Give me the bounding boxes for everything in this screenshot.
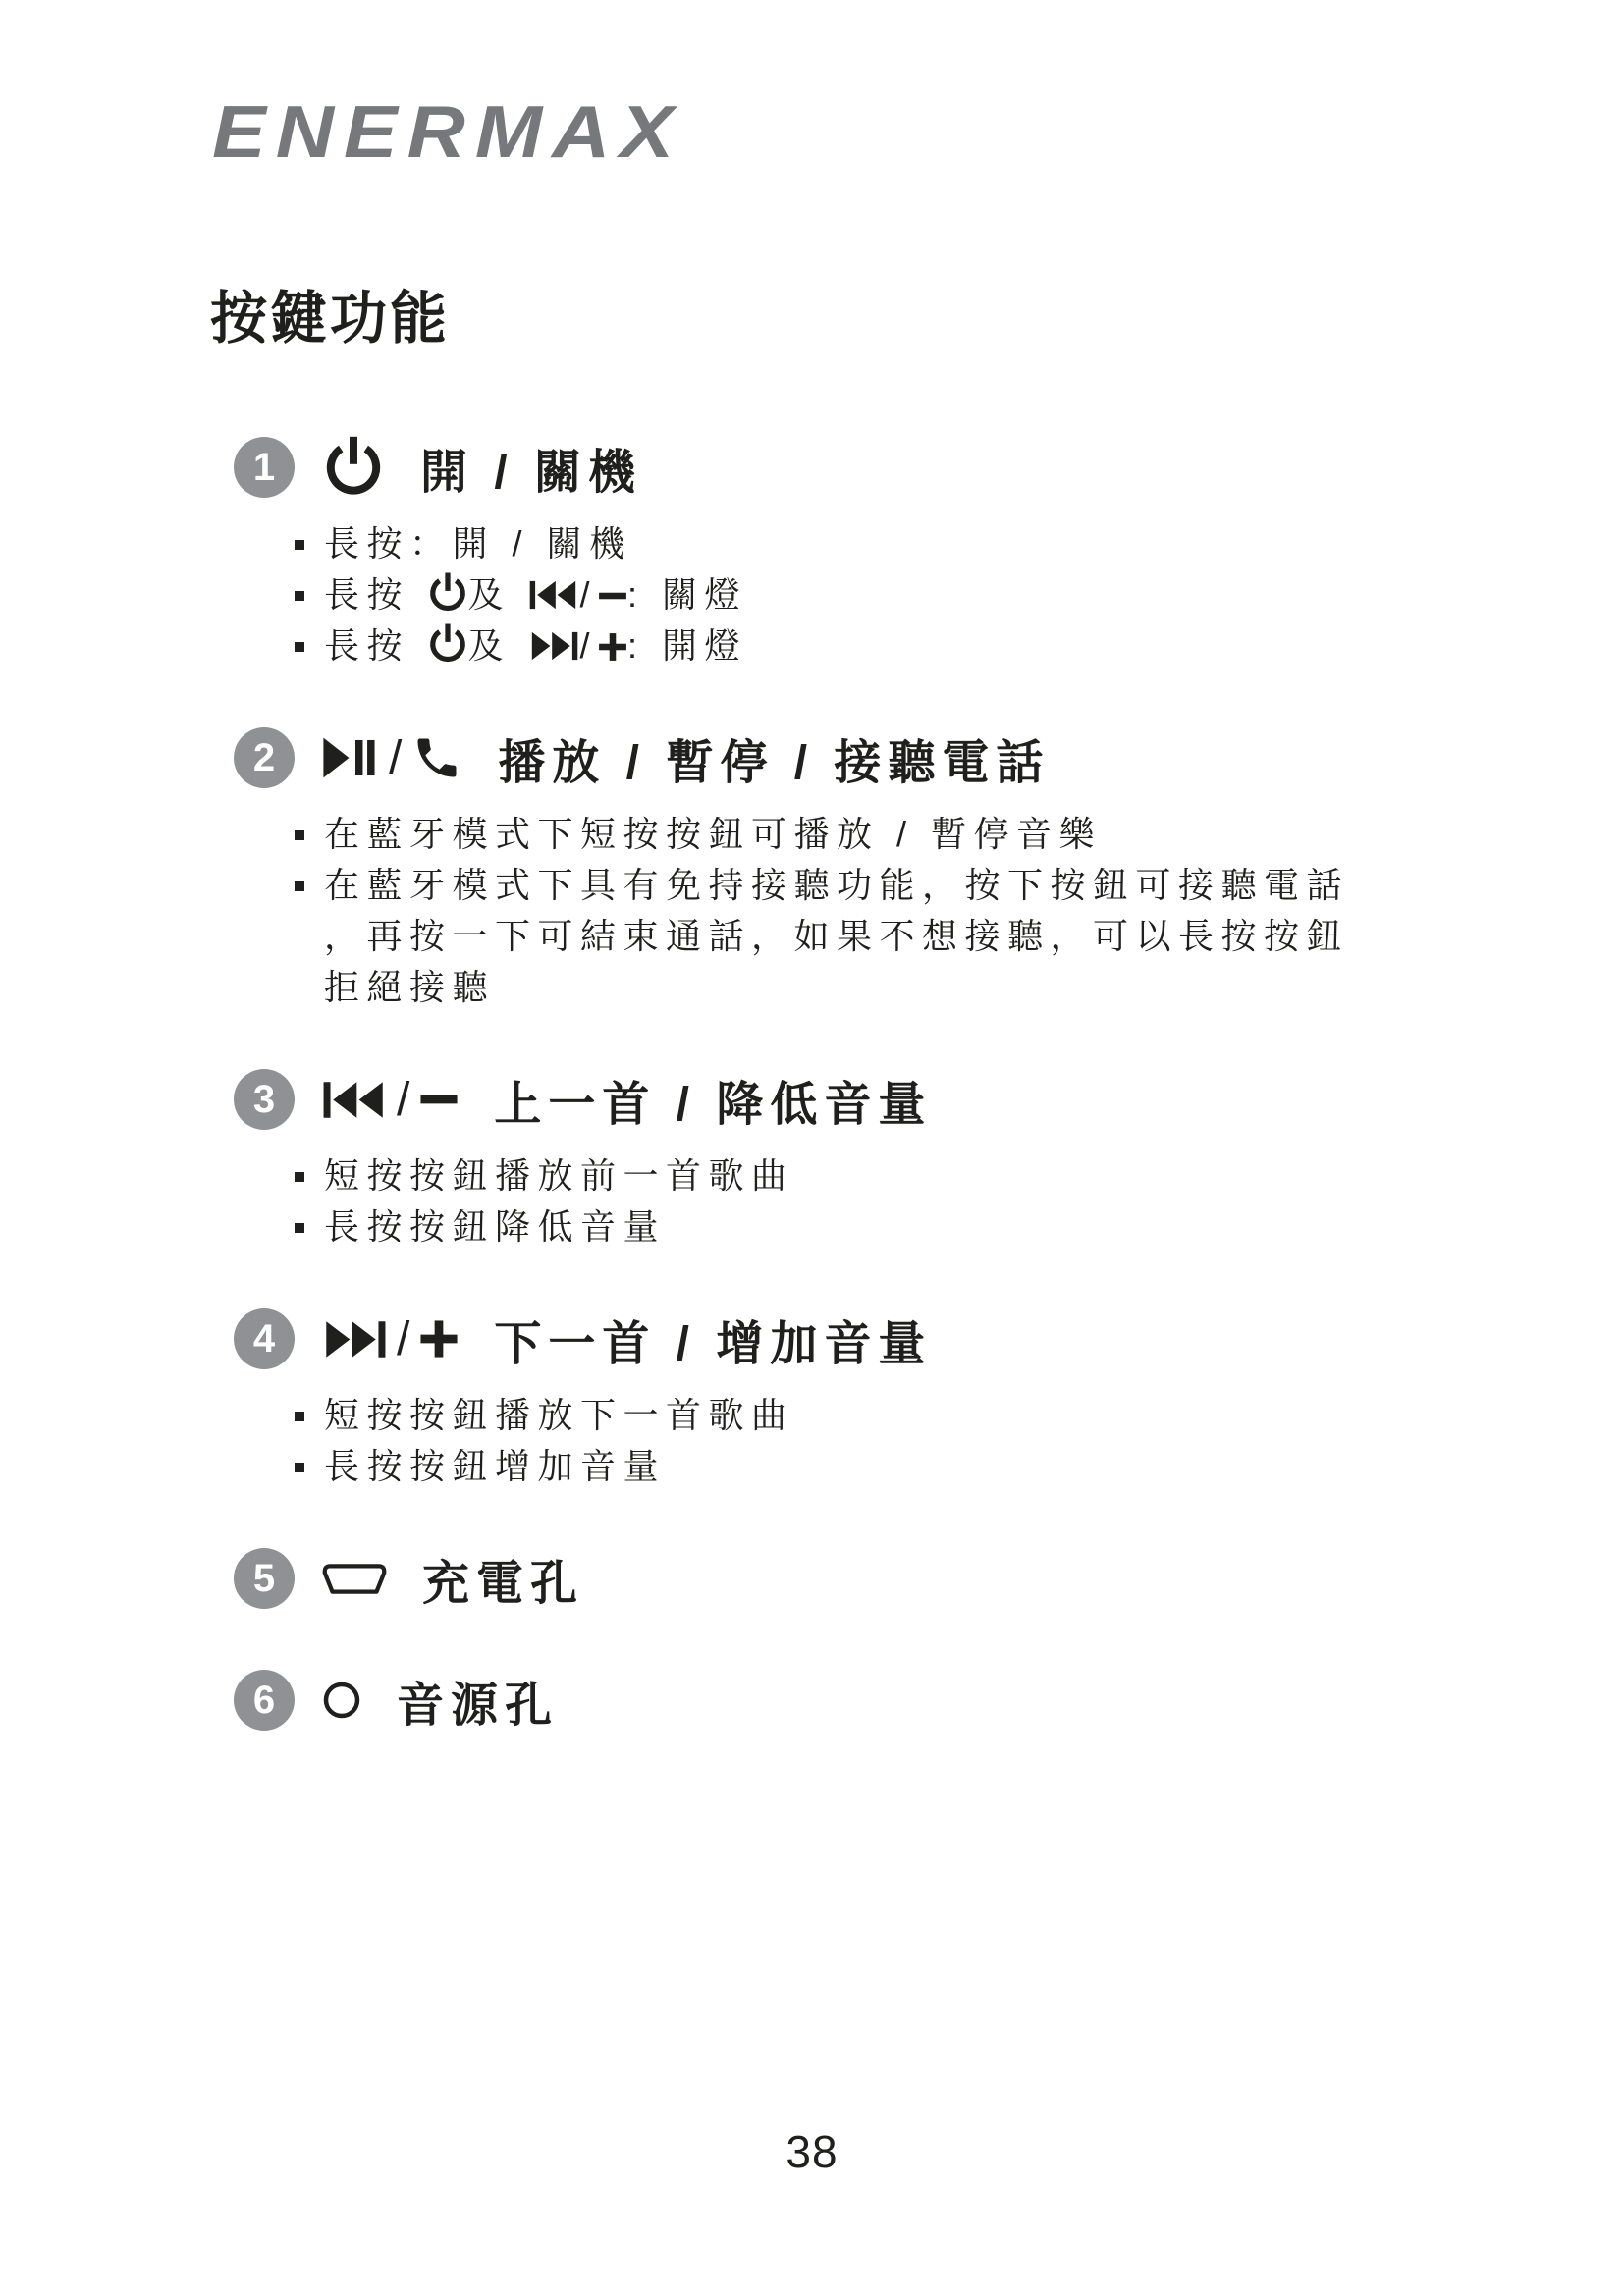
phone-handset-icon	[411, 732, 462, 783]
item-audio-jack: 6 音源孔	[234, 1665, 1441, 1735]
play-pause-icon	[322, 735, 379, 780]
power-icon	[322, 436, 385, 499]
bullet-line: 長按 及 /: 關燈	[295, 569, 1441, 620]
item-bullets: 長按：開 / 關機長按 及 /: 關燈長按 及 /: 開燈	[234, 518, 1441, 671]
bullet-text: 在藍牙模式下具有免持接聽功能，按下按鈕可接聽電話，再按一下可結束通話，如果不想接…	[324, 860, 1368, 1013]
item-icon-group: /	[322, 1073, 459, 1127]
plus-icon	[598, 632, 627, 662]
bullet-dot	[295, 1412, 304, 1421]
item-heading-row: 6 音源孔	[234, 1665, 1441, 1735]
text-segment: 長按	[324, 625, 427, 666]
bullet-dot	[295, 830, 304, 840]
item-icon-group: /	[322, 731, 462, 785]
bullet-dot	[295, 540, 304, 550]
item-number-badge: 2	[234, 727, 295, 788]
bullet-dot	[295, 1223, 304, 1233]
item-heading: 下一首 / 增加音量	[494, 1306, 932, 1373]
slash-separator: /	[579, 574, 599, 614]
slash-separator: /	[393, 1073, 413, 1127]
bullet-line: 長按按鈕增加音量	[295, 1441, 1441, 1492]
text-segment: 長按按鈕降低音量	[324, 1206, 666, 1247]
item-heading: 開 / 關機	[420, 434, 642, 502]
bullet-dot	[295, 591, 304, 601]
bullet-line: 在藍牙模式下具有免持接聽功能，按下按鈕可接聽電話，再按一下可結束通話，如果不想接…	[295, 860, 1441, 1013]
bullet-dot	[295, 881, 304, 891]
text-segment: 長按按鈕增加音量	[324, 1446, 666, 1486]
next-track-icon	[528, 631, 579, 661]
item-heading: 充電孔	[422, 1545, 584, 1613]
manual-page: ENERMAX 按鍵功能 1 開 / 關機 長按：開 / 關機長按 及 /: 關…	[0, 0, 1624, 2296]
bullet-text: 長按按鈕降低音量	[324, 1201, 666, 1253]
minus-icon	[419, 1080, 459, 1119]
plus-icon	[419, 1319, 459, 1359]
item-bullets: 在藍牙模式下短按按鈕可播放 / 暫停音樂在藍牙模式下具有免持接聽功能，按下按鈕可…	[234, 809, 1441, 1013]
bullet-text: 長按 及 /: 開燈	[324, 620, 747, 671]
item-next-volume-up: 4 / 下一首 / 增加音量 短按按鈕播放下一首歌曲長按按鈕增加音量	[234, 1304, 1441, 1492]
item-number-badge: 4	[234, 1308, 295, 1369]
item-heading-row: 5 充電孔	[234, 1543, 1441, 1614]
text-segment: 長按	[324, 574, 427, 614]
bullet-line: 長按：開 / 關機	[295, 518, 1441, 569]
bullet-text: 長按：開 / 關機	[324, 518, 632, 569]
text-segment: 在藍牙模式下具有免持接聽功能，按下按鈕可接聽電話，再按一下可結束通話，如果不想接…	[324, 865, 1349, 1007]
item-bullets: 短按按鈕播放前一首歌曲長按按鈕降低音量	[234, 1150, 1441, 1253]
bullet-line: 短按按鈕播放前一首歌曲	[295, 1150, 1441, 1201]
item-icon-group	[322, 436, 385, 499]
text-segment: 長按：開 / 關機	[324, 523, 632, 563]
bullet-dot	[295, 1172, 304, 1182]
text-segment: : 關燈	[627, 574, 747, 614]
bullet-text: 長按 及 /: 關燈	[324, 569, 747, 620]
item-icon-group	[322, 1564, 387, 1594]
item-charging-port: 5 充電孔	[234, 1543, 1441, 1614]
item-play-pause-phone: 2 / 播放 / 暫停 / 接聽電話 在藍牙模式下短按按鈕可播放 / 暫停音樂在…	[234, 722, 1441, 1013]
item-number-badge: 1	[234, 437, 295, 498]
item-heading-row: 3 / 上一首 / 降低音量	[234, 1064, 1441, 1135]
button-functions-list: 1 開 / 關機 長按：開 / 關機長按 及 /: 關燈長按 及 /: 開燈 2…	[234, 432, 1441, 1751]
page-number: 38	[0, 2125, 1624, 2178]
item-heading-row: 1 開 / 關機	[234, 432, 1441, 503]
item-number-badge: 6	[234, 1670, 295, 1731]
text-segment: 短按按鈕播放前一首歌曲	[324, 1155, 794, 1196]
item-previous-volume-down: 3 / 上一首 / 降低音量 短按按鈕播放前一首歌曲長按按鈕降低音量	[234, 1064, 1441, 1253]
item-heading: 上一首 / 降低音量	[494, 1066, 932, 1134]
text-segment: 及	[468, 574, 528, 614]
item-bullets: 短按按鈕播放下一首歌曲長按按鈕增加音量	[234, 1390, 1441, 1492]
item-heading: 播放 / 暫停 / 接聽電話	[498, 724, 1050, 792]
bullet-text: 長按按鈕增加音量	[324, 1441, 666, 1492]
previous-track-icon	[322, 1081, 387, 1119]
audio-jack-icon	[322, 1681, 361, 1720]
slash-separator: /	[385, 731, 406, 785]
slash-separator: /	[393, 1312, 413, 1366]
item-number-badge: 3	[234, 1069, 295, 1130]
bullet-dot	[295, 1463, 304, 1472]
text-segment: : 開燈	[627, 625, 747, 666]
item-icon-group: /	[322, 1312, 459, 1366]
bullet-line: 長按 及 /: 開燈	[295, 620, 1441, 671]
bullet-line: 長按按鈕降低音量	[295, 1201, 1441, 1253]
bullet-line: 短按按鈕播放下一首歌曲	[295, 1390, 1441, 1441]
item-power-onoff: 1 開 / 關機 長按：開 / 關機長按 及 /: 關燈長按 及 /: 開燈	[234, 432, 1441, 671]
text-segment: 在藍牙模式下短按按鈕可播放 / 暫停音樂	[324, 814, 1102, 854]
text-segment: 短按按鈕播放下一首歌曲	[324, 1395, 794, 1435]
item-heading-row: 2 / 播放 / 暫停 / 接聽電話	[234, 722, 1441, 793]
bullet-line: 在藍牙模式下短按按鈕可播放 / 暫停音樂	[295, 809, 1441, 860]
bullet-text: 短按按鈕播放下一首歌曲	[324, 1390, 794, 1441]
bullet-text: 短按按鈕播放前一首歌曲	[324, 1150, 794, 1201]
item-heading-row: 4 / 下一首 / 增加音量	[234, 1304, 1441, 1374]
power-icon	[427, 572, 468, 614]
item-heading: 音源孔	[397, 1667, 559, 1735]
previous-track-icon	[528, 580, 579, 610]
item-icon-group	[322, 1681, 361, 1720]
page-title: 按鍵功能	[210, 285, 450, 353]
text-segment: 及	[468, 625, 528, 666]
power-icon	[427, 623, 468, 665]
item-number-badge: 5	[234, 1548, 295, 1609]
slash-separator: /	[579, 625, 599, 666]
micro-usb-icon	[322, 1564, 387, 1594]
bullet-text: 在藍牙模式下短按按鈕可播放 / 暫停音樂	[324, 809, 1102, 860]
minus-icon	[598, 581, 627, 611]
brand-logo: ENERMAX	[212, 90, 683, 175]
bullet-dot	[295, 642, 304, 652]
next-track-icon	[322, 1320, 387, 1359]
